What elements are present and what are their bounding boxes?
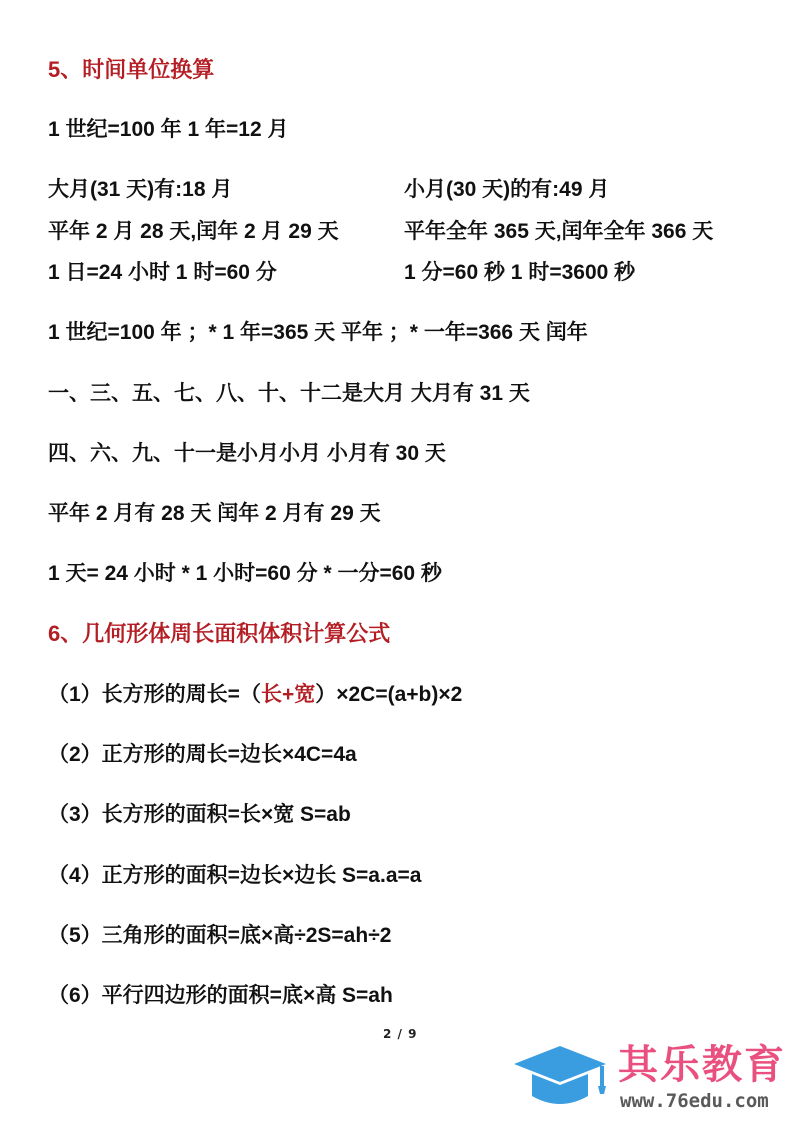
formula-1-highlight: 长+宽	[261, 683, 315, 706]
brand-name: 其乐教育	[618, 1042, 786, 1088]
minute-second-hour: 1 分=60 秒 1 时=3600 秒	[404, 259, 635, 287]
formula-1-suffix: ）×2C=(a+b)×2	[315, 683, 462, 706]
big-month-count: 大月(31 天)有:18 月	[48, 176, 232, 204]
formula-square-perimeter: （2）正方形的周长=边长×4C=4a	[48, 741, 357, 769]
graduation-cap-icon	[510, 1040, 610, 1116]
february-days: 平年 2 月 28 天,闰年 2 月 29 天	[48, 218, 339, 246]
february-line: 平年 2 月有 28 天 闰年 2 月有 29 天	[48, 500, 381, 528]
small-month-count: 小月(30 天)的有:49 月	[404, 176, 609, 204]
formula-square-area: （4）正方形的面积=边长×边长 S=a.a=a	[48, 862, 421, 890]
small-months-line: 四、六、九、十一是小月小月 小月有 30 天	[48, 440, 446, 468]
big-months-line: 一、三、五、七、八、十、十二是大月 大月有 31 天	[48, 380, 530, 408]
formula-1-prefix: （1）长方形的周长=（	[48, 683, 261, 706]
section-5-heading: 5、时间单位换算	[48, 56, 214, 84]
brand-url: www.76edu.com	[620, 1090, 769, 1112]
formula-triangle-area: （5）三角形的面积=底×高÷2S=ah÷2	[48, 922, 391, 950]
year-days: 平年全年 365 天,闰年全年 366 天	[404, 218, 713, 246]
formula-parallelogram-area: （6）平行四边形的面积=底×高 S=ah	[48, 982, 393, 1010]
section-6-heading: 6、几何形体周长面积体积计算公式	[48, 620, 390, 648]
day-hour-minute: 1 日=24 小时 1 时=60 分	[48, 259, 277, 287]
page-number: 2 / 9	[383, 1027, 417, 1041]
century-leap-line: 1 世纪=100 年 ；* 1 年=365 天 平年 ；* 一年=366 天 闰…	[48, 319, 588, 347]
day-conversion-line: 1 天= 24 小时 * 1 小时=60 分 * 一分=60 秒	[48, 560, 442, 588]
brand-logo: 其乐教育 www.76edu.com	[510, 1040, 790, 1116]
century-year-line: 1 世纪=100 年 1 年=12 月	[48, 116, 288, 144]
formula-rectangle-area: （3）长方形的面积=长×宽 S=ab	[48, 801, 351, 829]
formula-rectangle-perimeter: （1）长方形的周长=（长+宽）×2C=(a+b)×2	[48, 681, 462, 709]
